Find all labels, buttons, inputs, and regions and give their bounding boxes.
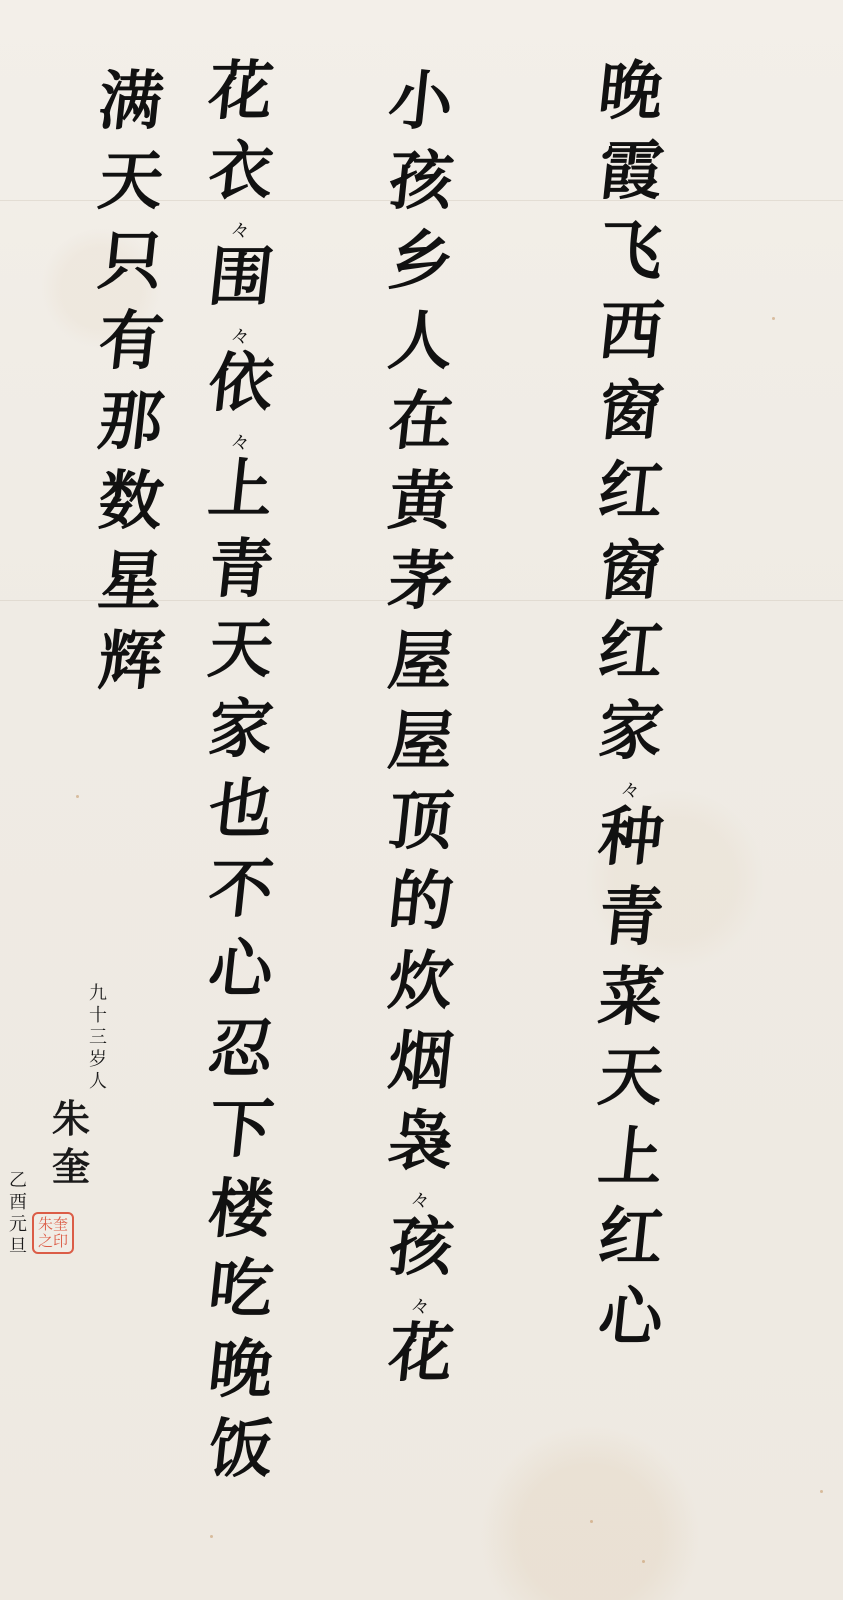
inscription-date: 乙 酉 元 旦	[6, 1172, 30, 1260]
poem-char: 小	[384, 70, 456, 150]
poem-char: 星	[94, 550, 166, 630]
foxing-spot	[210, 1535, 213, 1538]
inscription-age-note: 九 十 三 岁 人	[86, 985, 110, 1095]
poem-char: 天	[204, 618, 276, 698]
poem-char: 不	[204, 858, 276, 938]
inscription-char: 九	[89, 985, 107, 1007]
poem-char: 青	[594, 886, 666, 966]
poem-char: 心	[204, 938, 276, 1018]
inscription-char: 十	[89, 1007, 107, 1029]
poem-char: 飞	[594, 220, 666, 300]
poem-char: 乡	[384, 230, 456, 310]
foxing-spot	[76, 795, 79, 798]
poem-char: 依	[204, 352, 276, 432]
foxing-spot	[820, 1490, 823, 1493]
poem-char: 屋	[384, 630, 456, 710]
poem-char: 黄	[384, 470, 456, 550]
poem-char: 青	[204, 538, 276, 618]
poem-char: 上	[204, 458, 276, 538]
poem-char: 衣	[204, 140, 276, 220]
poem-char: 天	[94, 150, 166, 230]
foxing-spot	[772, 317, 775, 320]
poem-char: 上	[594, 1126, 666, 1206]
poem-char: 红	[594, 1206, 666, 1286]
poem-char: 孩	[384, 1216, 456, 1296]
poem-char: 红	[594, 460, 666, 540]
poem-column-4: 满 天 只 有 那 数 星 辉	[80, 70, 180, 710]
red-seal-stamp: 朱奎之印	[32, 1212, 74, 1254]
poem-char: 烟	[384, 1030, 456, 1110]
inscription-char: 三	[89, 1029, 107, 1051]
poem-char: 袅	[384, 1110, 456, 1190]
poem-char: 下	[204, 1098, 276, 1178]
poem-char: 窗	[594, 540, 666, 620]
poem-char: 晚	[204, 1338, 276, 1418]
poem-char: 花	[384, 1322, 456, 1402]
date-char: 旦	[9, 1238, 27, 1260]
poem-char: 围	[204, 246, 276, 326]
poem-char: 只	[94, 230, 166, 310]
poem-char: 在	[384, 390, 456, 470]
poem-column-2: 小 孩 乡 人 在 黄 茅 屋 屋 顶 的 炊 烟 袅 々 孩 々 花	[365, 70, 475, 1402]
poem-char: 饭	[204, 1418, 276, 1498]
poem-char: 有	[94, 310, 166, 390]
poem-char: 霞	[594, 140, 666, 220]
poem-char: 辉	[94, 630, 166, 710]
poem-char: 家	[594, 700, 666, 780]
inscription-char: 岁	[89, 1051, 107, 1073]
poem-char: 忍	[204, 1018, 276, 1098]
poem-char: 吃	[204, 1258, 276, 1338]
poem-char: 晚	[594, 60, 666, 140]
poem-char: 也	[204, 778, 276, 858]
date-char: 酉	[9, 1194, 27, 1216]
poem-char: 天	[594, 1046, 666, 1126]
poem-char: 孩	[384, 150, 456, 230]
poem-column-1: 晚 霞 飞 西 窗 红 窗 红 家 々 种 青 菜 天 上 红 心	[570, 60, 690, 1366]
poem-char: 数	[94, 470, 166, 550]
date-char: 乙	[9, 1172, 27, 1194]
poem-char: 那	[94, 390, 166, 470]
poem-char: 菜	[594, 966, 666, 1046]
foxing-spot	[642, 1560, 645, 1563]
poem-char: 花	[204, 60, 276, 140]
poem-char: 楼	[204, 1178, 276, 1258]
signature-char: 朱	[52, 1100, 90, 1148]
poem-char: 的	[384, 870, 456, 950]
poem-char: 茅	[384, 550, 456, 630]
poem-column-3: 花 衣 々 围 々 依 々 上 青 天 家 也 不 心 忍 下 楼 吃 晚 饭	[185, 60, 295, 1498]
poem-char: 红	[594, 620, 666, 700]
poem-char: 种	[594, 806, 666, 886]
poem-char: 西	[594, 300, 666, 380]
poem-char: 满	[94, 70, 166, 150]
poem-char: 家	[204, 698, 276, 778]
poem-char: 心	[594, 1286, 666, 1366]
artist-signature: 朱 奎	[46, 1100, 96, 1196]
inscription-char: 人	[89, 1073, 107, 1095]
poem-char: 人	[384, 310, 456, 390]
foxing-spot	[590, 1520, 593, 1523]
poem-char: 屋	[384, 710, 456, 790]
poem-char: 窗	[594, 380, 666, 460]
signature-char: 奎	[52, 1148, 90, 1196]
poem-char: 顶	[384, 790, 456, 870]
date-char: 元	[9, 1216, 27, 1238]
poem-char: 炊	[384, 950, 456, 1030]
